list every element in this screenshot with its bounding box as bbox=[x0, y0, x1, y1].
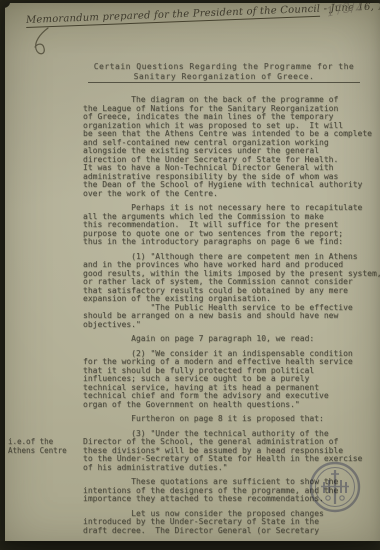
paragraph-3-quote-1: (1) "Although there are competent men in… bbox=[83, 253, 380, 330]
photo-edge-bottom bbox=[0, 541, 380, 550]
paragraph-6: Furtheron on page 8 it is proposed that: bbox=[83, 415, 380, 424]
document-page: Memorandum prepared for the President of… bbox=[0, 0, 380, 550]
paragraph-5-quote-2: (2) "We consider it an indispensable con… bbox=[83, 350, 380, 410]
circular-stamp-icon bbox=[308, 460, 362, 514]
header-note-text: Memorandum prepared for the President of… bbox=[26, 4, 321, 28]
photo-corner-top-left bbox=[0, 0, 10, 8]
paragraph-1: The diagram on the back of the programme… bbox=[83, 96, 380, 198]
paragraph-4: Again on page 7 paragraph 10, we read: bbox=[83, 335, 380, 344]
handwritten-header-note: Memorandum prepared for the President of… bbox=[26, 2, 374, 26]
document-title-line1: Certain Questions Regarding the Programm… bbox=[94, 62, 355, 71]
paragraph-2: Perhaps it is not necessary here to reca… bbox=[83, 204, 380, 247]
ink-flourish-mark bbox=[30, 27, 56, 61]
document-title: Certain Questions Regarding the Programm… bbox=[88, 62, 360, 83]
document-title-line2: Sanitary Reorganization of Greece. bbox=[88, 72, 360, 84]
margin-note-athens-centre: i.e.of the Athens Centre bbox=[8, 437, 83, 455]
photo-edge-top bbox=[0, 0, 380, 3]
photo-edge-left bbox=[0, 0, 5, 550]
